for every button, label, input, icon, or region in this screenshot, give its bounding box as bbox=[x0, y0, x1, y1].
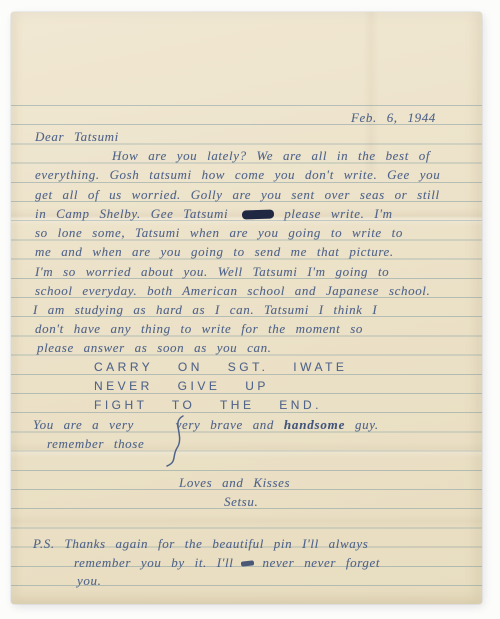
body-line: How are you lately? We are all in the be… bbox=[112, 148, 430, 163]
letter-date: Feb. 6, 1944 bbox=[351, 110, 436, 125]
body-line-compliment: You are a very very brave and handsome g… bbox=[33, 417, 379, 432]
body-line: me and when are you going to send me tha… bbox=[35, 244, 394, 259]
body-line: I am studying as hard as I can. Tatsumi … bbox=[33, 302, 377, 317]
body-text: remember you by it. I'll bbox=[74, 555, 233, 570]
insertion-brace bbox=[163, 414, 189, 468]
body-line: school everyday. both American school an… bbox=[35, 283, 430, 298]
emphasized-word: handsome bbox=[284, 417, 345, 432]
body-line: I'm so worried about you. Well Tatsumi I… bbox=[35, 264, 389, 279]
body-line: everything. Gosh tatsumi how come you do… bbox=[35, 167, 440, 182]
salutation: Dear Tatsumi bbox=[35, 129, 119, 144]
postscript-line: you. bbox=[77, 573, 101, 588]
letter-paper: Feb. 6, 1944 Dear Tatsumi How are you la… bbox=[11, 12, 482, 604]
scanned-letter-page: Feb. 6, 1944 Dear Tatsumi How are you la… bbox=[0, 0, 500, 619]
body-line-censored: in Camp Shelby. Gee Tatsumiplease write.… bbox=[35, 206, 393, 221]
inserted-note: remember those bbox=[47, 436, 144, 451]
body-text: in Camp Shelby. Gee Tatsumi bbox=[35, 206, 228, 221]
postscript-line-strike: remember you by it. I'llnever never forg… bbox=[74, 555, 380, 570]
scribbled-out-word bbox=[241, 560, 254, 566]
closing: Loves and Kisses bbox=[179, 475, 290, 490]
body-line: don't have any thing to write for the mo… bbox=[35, 321, 363, 336]
body-text: please write. I'm bbox=[284, 206, 392, 221]
body-line: please answer as soon as you can. bbox=[37, 340, 272, 355]
signature: Setsu. bbox=[224, 494, 258, 509]
body-text: You are a very bbox=[33, 417, 134, 432]
body-line: so lone some, Tatsumi when are you going… bbox=[35, 225, 403, 240]
slogan-line: CARRY ON SGT. IWATE bbox=[94, 360, 347, 375]
slogan-line: FIGHT TO THE END. bbox=[94, 398, 322, 413]
body-text: very brave and bbox=[176, 417, 274, 432]
postscript-line: P.S. Thanks again for the beautiful pin … bbox=[33, 536, 368, 551]
body-line: get all of us worried. Golly are you sen… bbox=[35, 187, 440, 202]
body-text: never never forget bbox=[262, 555, 380, 570]
body-text: guy. bbox=[355, 417, 379, 432]
censor-mark bbox=[242, 209, 274, 219]
slogan-line: NEVER GIVE UP bbox=[94, 379, 269, 394]
